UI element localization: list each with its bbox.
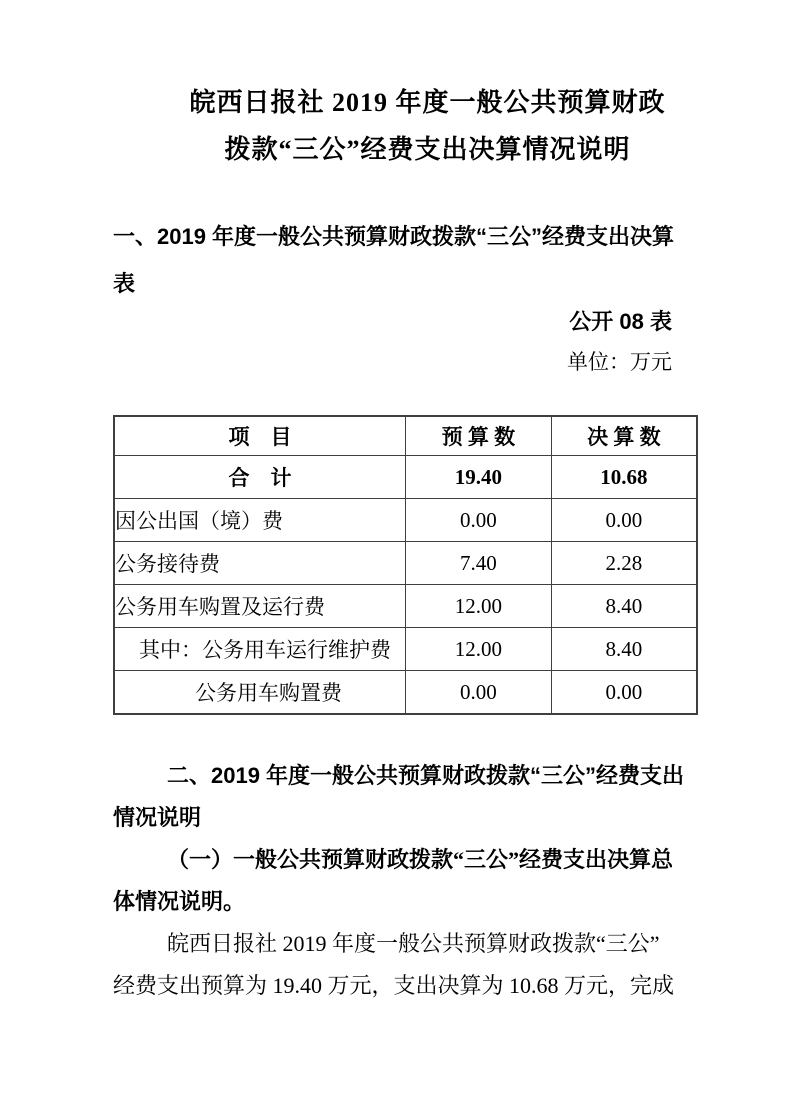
table-row-vehicle-operation: 其中：公务用车运行维护费 12.00 8.40	[114, 628, 697, 671]
section2-heading-line2: 情况说明	[113, 797, 698, 839]
row-label: 其中：公务用车运行维护费	[114, 628, 406, 671]
document-title: 皖西日报社 2019 年度一般公共预算财政 拨款“三公”经费支出决算情况说明	[135, 0, 720, 173]
table-header-row: 项 目 预 算 数 决 算 数	[114, 416, 697, 456]
table-row-reception: 公务接待费 7.40 2.28	[114, 542, 697, 585]
section1-heading: 一、2019 年度一般公共预算财政拨款“三公”经费支出决算 表	[113, 213, 698, 307]
budget-value: 0.00	[406, 499, 552, 542]
budget-value: 7.40	[406, 542, 552, 585]
header-budget: 预 算 数	[406, 416, 552, 456]
table-row-vehicle-purchase: 公务用车购置费 0.00 0.00	[114, 671, 697, 715]
final-value: 8.40	[551, 585, 697, 628]
section2-heading-line1: 二、2019 年度一般公共预算财政拨款“三公”经费支出	[113, 755, 698, 797]
subsection1-heading-line1: （一）一般公共预算财政拨款“三公”经费支出决算总	[113, 839, 698, 881]
section1-heading-line2: 表	[113, 260, 698, 307]
row-label: 公务用车购置费	[114, 671, 406, 715]
budget-value: 12.00	[406, 585, 552, 628]
final-value: 2.28	[551, 542, 697, 585]
subsection1-heading-line2: 体情况说明。	[113, 881, 698, 923]
table-header: 项 目 预 算 数 决 算 数	[114, 416, 697, 456]
paragraph1-line2: 经费支出预算为 19.40 万元，支出决算为 10.68 万元，完成	[113, 965, 698, 1007]
row-label: 因公出国（境）费	[114, 499, 406, 542]
table-row-abroad: 因公出国（境）费 0.00 0.00	[114, 499, 697, 542]
table-row-total: 合 计 19.40 10.68	[114, 456, 697, 499]
row-label: 合 计	[114, 456, 406, 499]
row-label: 公务用车购置及运行费	[114, 585, 406, 628]
document-page: 皖西日报社 2019 年度一般公共预算财政 拨款“三公”经费支出决算情况说明 一…	[0, 0, 794, 1108]
section1-heading-line1: 一、2019 年度一般公共预算财政拨款“三公”经费支出决算	[113, 213, 698, 260]
final-value: 0.00	[551, 499, 697, 542]
budget-value: 19.40	[406, 456, 552, 499]
unit-label: 单位：万元	[113, 342, 672, 383]
table-meta: 公开 08 表 单位：万元	[113, 301, 698, 383]
document-title-line1: 皖西日报社 2019 年度一般公共预算财政	[135, 79, 720, 126]
table-row-vehicle-total: 公务用车购置及运行费 12.00 8.40	[114, 585, 697, 628]
paragraph1-line1: 皖西日报社 2019 年度一般公共预算财政拨款“三公”	[113, 923, 698, 965]
final-value: 8.40	[551, 628, 697, 671]
table-number-label: 公开 08 表	[113, 301, 672, 342]
final-value: 0.00	[551, 671, 697, 715]
final-value: 10.68	[551, 456, 697, 499]
budget-value: 0.00	[406, 671, 552, 715]
three-public-expense-table: 项 目 预 算 数 决 算 数 合 计 19.40 10.68 因公出国（境）费…	[113, 415, 698, 715]
header-item: 项 目	[114, 416, 406, 456]
document-title-line2: 拨款“三公”经费支出决算情况说明	[135, 126, 720, 173]
row-label: 公务接待费	[114, 542, 406, 585]
budget-value: 12.00	[406, 628, 552, 671]
header-final: 决 算 数	[551, 416, 697, 456]
explanation-section: 二、2019 年度一般公共预算财政拨款“三公”经费支出 情况说明 （一）一般公共…	[113, 755, 698, 1007]
